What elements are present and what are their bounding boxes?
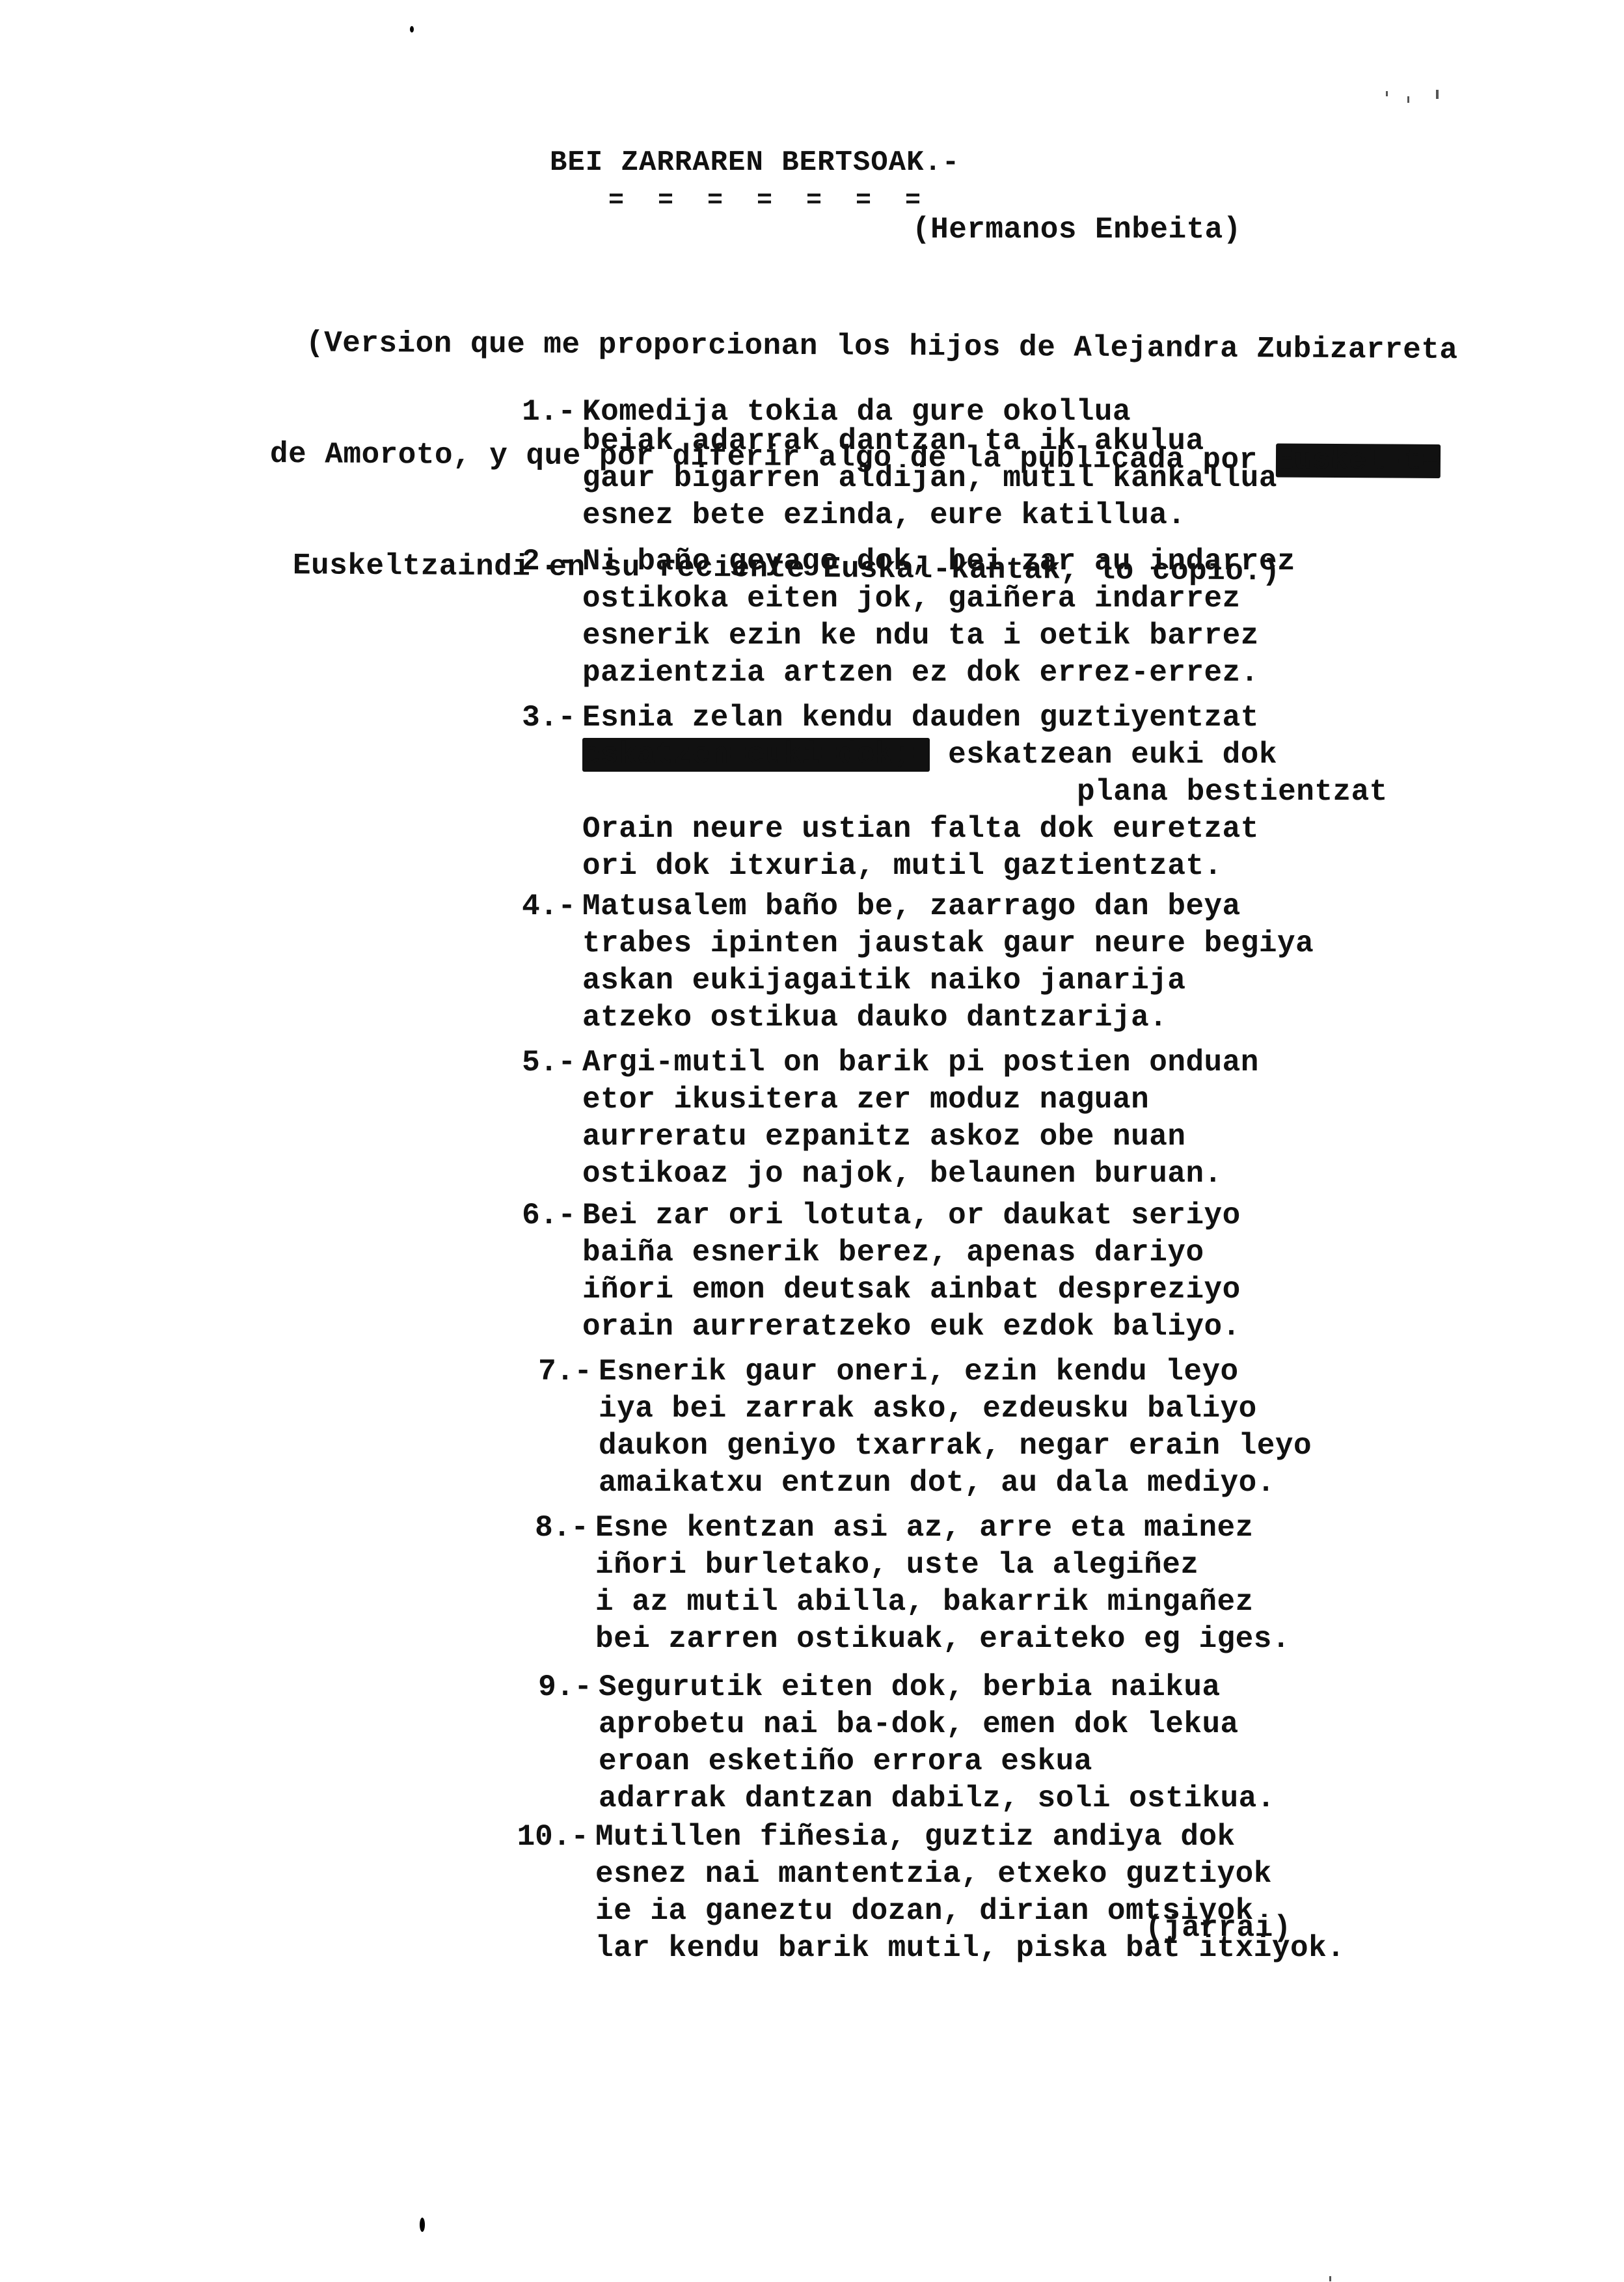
verse-line: adarrak dantzan dabilz, soli ostikua. <box>599 1780 1275 1817</box>
stray-mark <box>1407 96 1409 103</box>
verse-line: Orain neure ustian falta dok euretzat <box>582 811 1388 848</box>
verse-line: eroan esketiño errora eskua <box>599 1743 1275 1780</box>
verse-line: amaikatxu entzun dot, au dala mediyo. <box>599 1465 1312 1502</box>
struck-out-phrase: eskatzen=euki=dok;= <box>582 738 930 772</box>
verse-line: gaur bigarren aldijan, mutil kankallua <box>582 460 1277 497</box>
document-title: BEI ZARRAREN BERTSOAK.- <box>550 144 960 182</box>
verse-line: Ni baño geyago dok, bei zar au indarrez <box>582 543 1295 580</box>
title-underline: = = = = = = = <box>608 182 930 219</box>
verse-line: askan eukijagaitik naiko janarija <box>582 962 1314 999</box>
verse-line: daukon geniyo txarrak, negar erain leyo <box>599 1428 1312 1465</box>
verse-line: Mutillen fiñesia, guztiz andiya dok <box>595 1819 1345 1856</box>
continued-note: (jarrai) <box>1145 1910 1292 1947</box>
verse-line: Esne kentzan asi az, arre eta mainez <box>595 1510 1290 1547</box>
verse-line: iya bei zarrak asko, ezdeusku baliyo <box>599 1391 1312 1428</box>
stanza-number: 8.- <box>498 1510 589 1547</box>
verse-line: beiak adarrak dantzan ta ik akulua <box>582 423 1277 460</box>
verse-line: baiña esnerik berez, apenas dariyo <box>582 1234 1241 1271</box>
stray-mark <box>1436 90 1439 99</box>
stanza-number: 3.- <box>485 700 576 737</box>
verse-line: plana bestientzat <box>582 774 1388 811</box>
verse-line: orain aurreratzeko euk ezdok baliyo. <box>582 1309 1241 1346</box>
verse-line: Bei zar ori lotuta, or daukat seriyo <box>582 1197 1241 1234</box>
stanza-number: 1.- <box>485 394 576 431</box>
verse-line: ori dok itxuria, mutil gaztientzat. <box>582 848 1388 885</box>
verse-line: i az mutil abilla, bakarrik mingañez <box>595 1584 1290 1621</box>
verse-line: Matusalem baño be, zaarrago dan beya <box>582 888 1314 925</box>
intro-line-1: (Version que me proporcionan los hijos d… <box>270 325 1458 369</box>
stanza-number: 2.- <box>485 543 576 580</box>
verse-line: trabes ipinten jaustak gaur neure begiya <box>582 925 1314 962</box>
verse-line: bei zarren ostikuak, eraiteko eg iges. <box>595 1621 1290 1658</box>
verse-line: esnerik ezin ke ndu ta i oetik barrez <box>582 618 1295 655</box>
stanza-number: 7.- <box>501 1353 592 1391</box>
verse-line-text: eskatzean euki dok <box>948 738 1277 772</box>
stray-mark <box>420 2218 425 2232</box>
verse-line: iñori burletako, uste la alegiñez <box>595 1547 1290 1584</box>
stray-mark <box>410 26 414 33</box>
verse-line: Argi-mutil on barik pi postien onduan <box>582 1044 1259 1081</box>
stanza-number: 4.- <box>485 888 576 925</box>
verse-line: ostikoka eiten jok, gaiñera indarrez <box>582 580 1295 618</box>
verse-line: Esnerik gaur oneri, ezin kendu leyo <box>599 1353 1312 1391</box>
verse-line: esnez nai mantentzia, etxeko guztiyok <box>595 1856 1345 1893</box>
stanza-number: 10.- <box>498 1819 589 1856</box>
verse-line: Segurutik eiten dok, berbia naikua <box>599 1669 1275 1706</box>
verse-line: atzeko ostikua dauko dantzarija. <box>582 999 1314 1037</box>
stanza-number: 5.- <box>485 1044 576 1081</box>
struck-out-word: Euskel-t= <box>1276 443 1441 478</box>
verse-line: Esnia zelan kendu dauden guztiyentzat <box>582 700 1388 737</box>
document-page: BEI ZARRAREN BERTSOAK.- = = = = = = = (H… <box>0 0 1624 2282</box>
verse-line: esnez bete ezinda, eure katillua. <box>582 497 1277 534</box>
verse-line-with-correction: eskatzen=euki=dok;= eskatzean euki dok <box>582 737 1388 774</box>
verse-line: aprobetu nai ba-dok, emen dok lekua <box>599 1706 1275 1743</box>
authors-attribution: (Hermanos Enbeita) <box>912 211 1241 249</box>
verse-line: aurreratu ezpanitz askoz obe nuan <box>582 1119 1259 1156</box>
stray-mark <box>1329 2276 1331 2281</box>
verse-line: iñori emon deutsak ainbat despreziyo <box>582 1271 1241 1309</box>
verse-line: ostikoaz jo najok, belaunen buruan. <box>582 1156 1259 1193</box>
stanza-number: 9.- <box>501 1669 592 1706</box>
stray-mark <box>1386 91 1388 96</box>
verse-line: pazientzia artzen ez dok errez-errez. <box>582 655 1295 692</box>
stanza-number: 6.- <box>485 1197 576 1234</box>
verse-line: etor ikusitera zer moduz naguan <box>582 1081 1259 1119</box>
